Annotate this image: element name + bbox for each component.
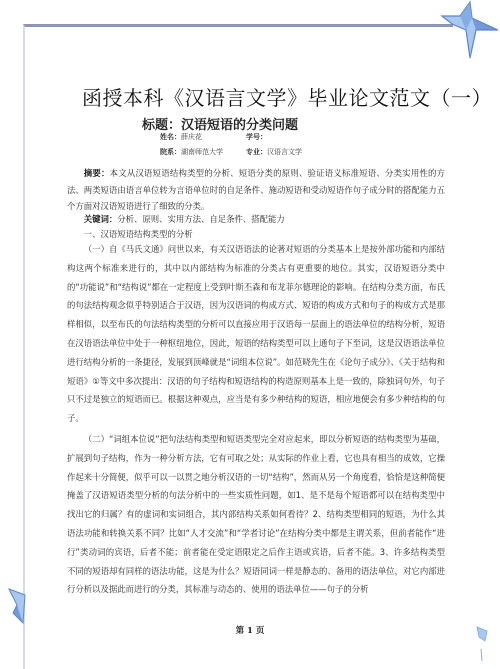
paragraph-text: （一）自《马氏文通》问世以来，有关汉语语法的论著对短语的分类基本上是按外部功能和… xyxy=(67,240,445,428)
page-number: 第 1 页 xyxy=(0,624,500,636)
body-paragraph: （二）“词组本位说”把句法结构类型和短语类型完全对应起来，即以分析短语的结构类型… xyxy=(67,430,445,599)
department-info-row: 院系：湖南师范大学 专业：汉语言文学 xyxy=(160,147,223,157)
star-decoration-icon xyxy=(5,585,27,625)
name-value: 薛庆花 xyxy=(181,133,202,141)
keywords-text: 分析、原则、实用方法、自足条件、搭配能力 xyxy=(117,214,285,224)
keywords-label: 关键词： xyxy=(84,214,118,224)
department-label: 院系： xyxy=(160,148,181,156)
department-value: 湖南师范大学 xyxy=(181,148,223,156)
keywords-section: 关键词：分析、原则、实用方法、自足条件、搭配能力 xyxy=(67,212,445,227)
major-label: 专业： xyxy=(246,148,267,156)
author-info-row: 姓名：薛庆花 学号： xyxy=(160,132,202,142)
student-id-label: 学号： xyxy=(246,133,267,141)
document-title: 函授本科《汉语言文学》毕业论文范文（一） xyxy=(82,82,442,111)
major-value: 汉语言文学 xyxy=(267,148,302,156)
abstract-text: 本文从汉语短语结构类型的分析、短语分类的原则、验证语义标准短语、分类实用性的方法… xyxy=(67,168,445,211)
paper-subtitle: 标题：汉语短语的分类问题 xyxy=(142,114,298,133)
star-decoration-icon xyxy=(440,0,500,62)
name-label: 姓名： xyxy=(160,133,181,141)
body-paragraph: （一）自《马氏文通》问世以来，有关汉语语法的论著对短语的分类基本上是按外部功能和… xyxy=(67,240,445,428)
abstract-label: 摘要： xyxy=(84,168,110,178)
paragraph-text: （二）“词组本位说”把句法结构类型和短语类型完全对应起来，即以分析短语的结构类型… xyxy=(67,430,445,599)
abstract-section: 摘要：本文从汉语短语结构类型的分析、短语分类的原则、验证语义标准短语、分类实用性… xyxy=(67,165,445,215)
